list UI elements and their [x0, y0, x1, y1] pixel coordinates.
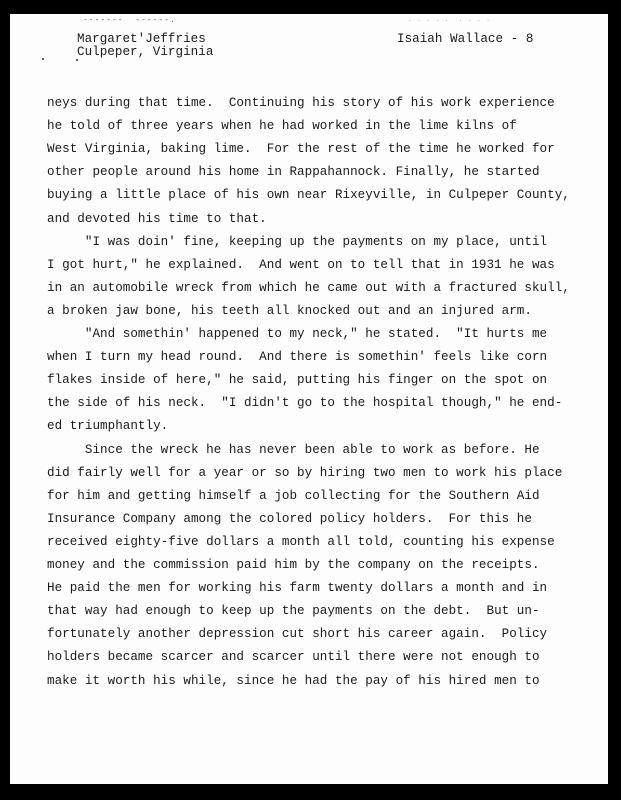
text-line: and devoted his time to that. [47, 212, 267, 226]
text-line: money and the commission paid him by the… [47, 558, 540, 572]
author-name: Margaret'Jeffries [77, 32, 206, 46]
text-line: did fairly well for a year or so by hiri… [47, 466, 562, 480]
text-line: flakes inside of here," he said, putting… [47, 373, 547, 387]
text-line: for him and getting himself a job collec… [47, 489, 540, 503]
text-line: "I was doin' fine, keeping up the paymen… [47, 235, 547, 249]
faint-header-mark: . . . . . . . . . [408, 16, 491, 23]
text-line: He paid the men for working his farm twe… [47, 581, 547, 595]
text-line: the side of his neck. "I didn't go to th… [47, 396, 562, 410]
speck [42, 58, 44, 60]
author-location: Culpeper, Virginia [77, 45, 213, 59]
text-line: buying a little place of his own near Ri… [47, 188, 570, 202]
subject-page-number: Isaiah Wallace - 8 [397, 32, 533, 46]
text-line: a broken jaw bone, his teeth all knocked… [47, 304, 532, 318]
text-line: West Virginia, baking lime. For the rest… [47, 142, 555, 156]
text-line: Since the wreck he has never been able t… [47, 443, 540, 457]
document-page: ------- ------. . . . . . . . . . Margar… [10, 14, 608, 784]
text-line: "And somethin' happened to my neck," he … [47, 327, 547, 341]
text-line: ed triumphantly. [47, 419, 168, 433]
struck-out-header: ------- ------. [83, 16, 176, 25]
text-line: in an automobile wreck from which he cam… [47, 281, 570, 295]
text-line: he told of three years when he had worke… [47, 119, 517, 133]
text-line: when I turn my head round. And there is … [47, 350, 547, 364]
speck [76, 59, 78, 61]
text-line: I got hurt," he explained. And went on t… [47, 258, 555, 272]
text-line: fortunately another depression cut short… [47, 627, 547, 641]
text-line: holders became scarcer and scarcer until… [47, 650, 540, 664]
text-line: other people around his home in Rappahan… [47, 165, 540, 179]
text-line: neys during that time. Continuing his st… [47, 96, 555, 110]
text-line: that way had enough to keep up the payme… [47, 604, 540, 618]
text-line: received eighty-five dollars a month all… [47, 535, 555, 549]
text-line: make it worth his while, since he had th… [47, 674, 540, 688]
text-line: Insurance Company among the colored poli… [47, 512, 532, 526]
